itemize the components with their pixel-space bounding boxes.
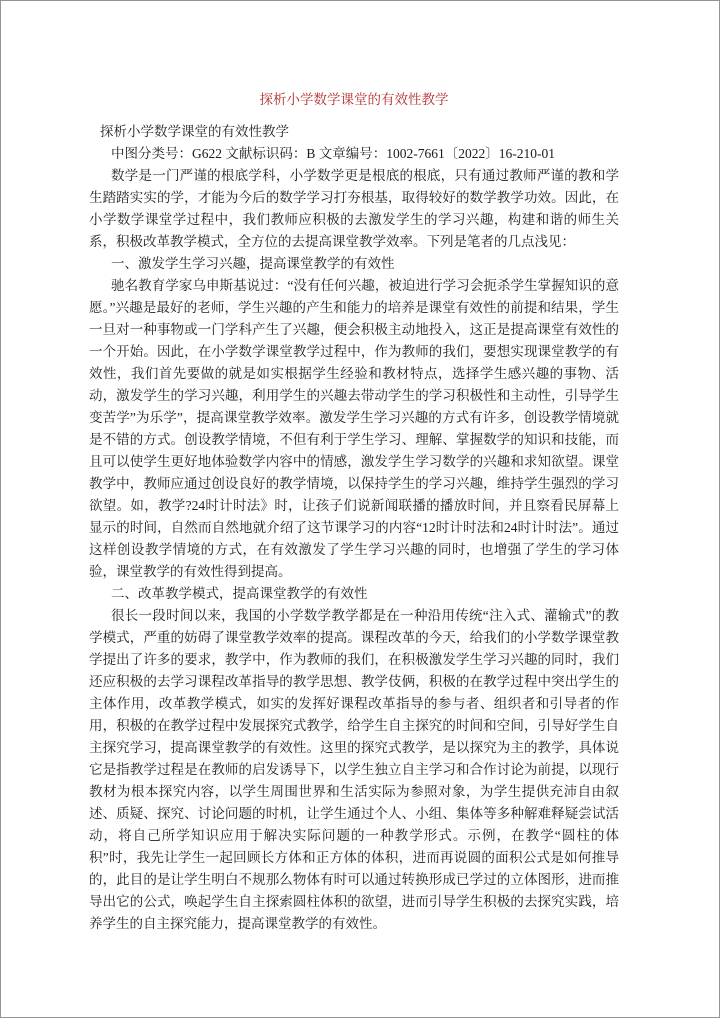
document-content: 探析小学数学课堂的有效性教学 探析小学数学课堂的有效性教学 中图分类号：G622… xyxy=(89,89,619,935)
document-title: 探析小学数学课堂的有效性教学 xyxy=(89,89,619,111)
paragraph-section-1: 驰名教育学家乌申斯基说过：“没有任何兴趣，被迫进行学习会扼杀学生掌握知识的意愿。… xyxy=(89,275,619,583)
paragraph-intro: 数学是一门严谨的根底学科，小学数学更是根底的根底，只有通过教师严谨的教和学生踏踏… xyxy=(89,165,619,253)
meta-line: 中图分类号：G622 文献标识码：B 文章编号：1002-7661〔2022〕1… xyxy=(89,143,619,165)
paragraph-section-2: 很长一段时间以来，我国的小学数学教学都是在一种沿用传统“注入式、灌输式”的教学模… xyxy=(89,605,619,935)
document-page: 探析小学数学课堂的有效性教学 探析小学数学课堂的有效性教学 中图分类号：G622… xyxy=(0,0,720,1018)
section-heading-1: 一、激发学生学习兴趣，提高课堂教学的有效性 xyxy=(89,253,619,275)
subtitle-line: 探析小学数学课堂的有效性教学 xyxy=(89,121,619,143)
section-heading-2: 二、改革教学模式，提高课堂教学的有效性 xyxy=(89,583,619,605)
